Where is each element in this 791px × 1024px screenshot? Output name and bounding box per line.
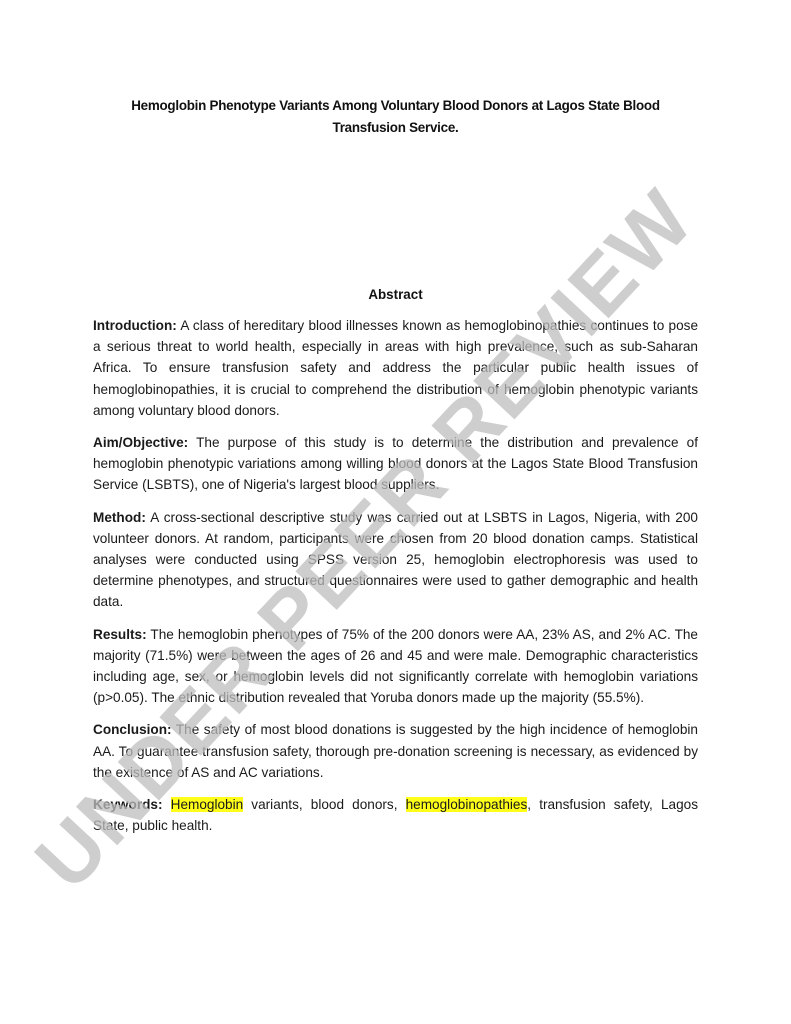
document-page: Hemoglobin Phenotype Variants Among Volu… — [0, 0, 791, 1024]
aim-label: Aim/Objective: — [93, 435, 188, 450]
keywords-label: Keywords: — [93, 797, 163, 812]
keyword-highlight-hemoglobin: Hemoglobin — [171, 797, 244, 812]
conclusion-paragraph: Conclusion: The safety of most blood don… — [93, 719, 698, 783]
abstract-heading: Abstract — [93, 285, 698, 305]
conclusion-label: Conclusion: — [93, 722, 172, 737]
method-label: Method: — [93, 510, 146, 525]
introduction-text: A class of hereditary blood illnesses kn… — [93, 318, 698, 418]
keywords-text-1: variants, blood donors, — [243, 797, 405, 812]
introduction-label: Introduction: — [93, 318, 177, 333]
introduction-paragraph: Introduction: A class of hereditary bloo… — [93, 315, 698, 421]
results-text: The hemoglobin phenotypes of 75% of the … — [93, 627, 698, 706]
method-text: A cross-sectional descriptive study was … — [93, 510, 698, 610]
keywords-paragraph: Keywords: Hemoglobin variants, blood don… — [93, 794, 698, 836]
paper-title: Hemoglobin Phenotype Variants Among Volu… — [93, 95, 698, 139]
aim-paragraph: Aim/Objective: The purpose of this study… — [93, 432, 698, 496]
abstract-body: Introduction: A class of hereditary bloo… — [93, 315, 698, 847]
method-paragraph: Method: A cross-sectional descriptive st… — [93, 507, 698, 613]
results-label: Results: — [93, 627, 147, 642]
conclusion-text: The safety of most blood donations is su… — [93, 722, 698, 779]
results-paragraph: Results: The hemoglobin phenotypes of 75… — [93, 624, 698, 709]
keyword-highlight-hemoglobinopathies: hemoglobinopathies — [406, 797, 528, 812]
